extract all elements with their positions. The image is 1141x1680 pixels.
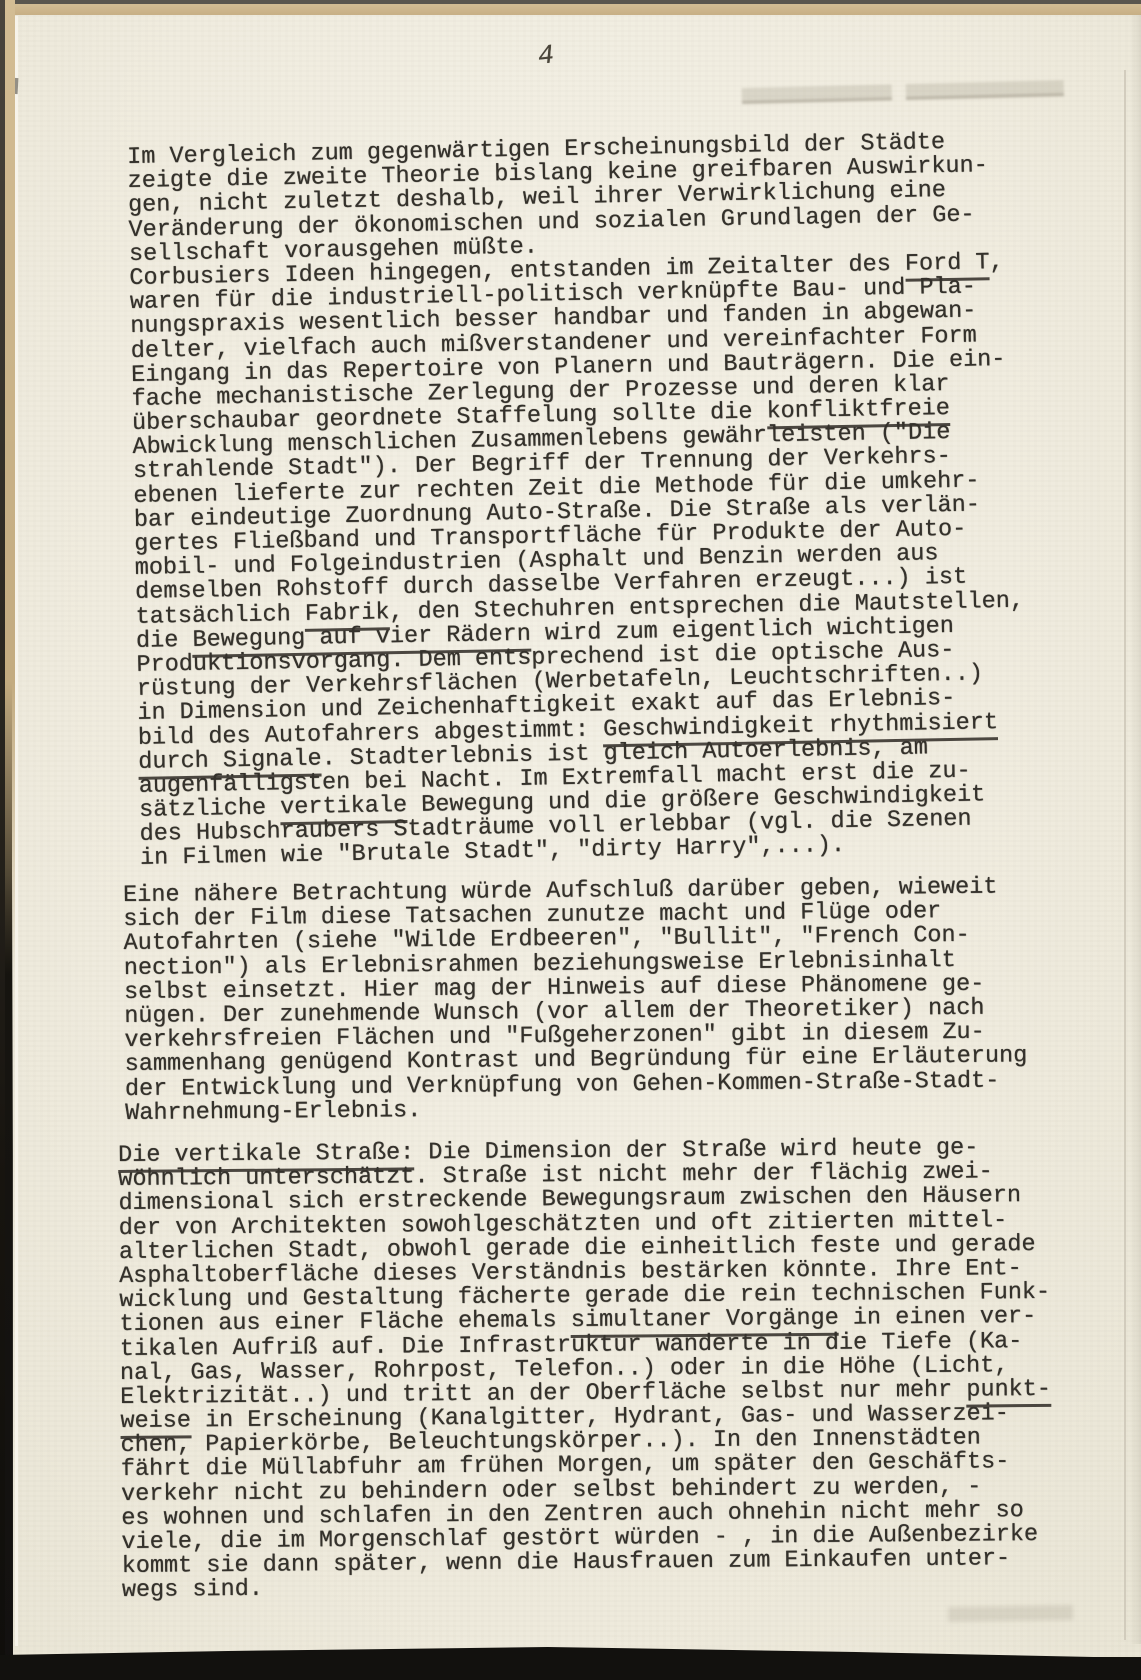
bleed-through-smudge <box>906 80 1064 100</box>
scan-edge-top-tan <box>0 4 1141 15</box>
scanned-document-page: 4 Im Vergleich zum gegenwärtigen Erschei… <box>0 0 1141 1680</box>
paragraph-film: Eine nähere Betrachtung würde Aufschluß … <box>123 875 1028 1126</box>
text-segment: Wahrnehmung-Erlebnis. <box>125 1097 421 1127</box>
paper-edge-highlight <box>15 16 18 1646</box>
scan-edge-left-tan <box>4 0 15 974</box>
scan-edge-left <box>0 0 5 1680</box>
text-segment: , <box>989 249 1004 276</box>
page-number: 4 <box>537 43 556 72</box>
bleed-through-text-bottom <box>948 1605 1073 1622</box>
paragraph-corbusier: Im Vergleich zum gegenwärtigen Erscheinu… <box>127 130 1029 872</box>
paragraph-vertikale-strasse: Die vertikale Straße: Die Dimension der … <box>118 1136 1053 1604</box>
text-segment: wegs sind. <box>122 1576 263 1604</box>
paper-right-shade <box>1130 14 1141 1644</box>
paper-fold-line <box>1124 70 1126 1640</box>
bleed-through-smudge <box>742 84 892 104</box>
